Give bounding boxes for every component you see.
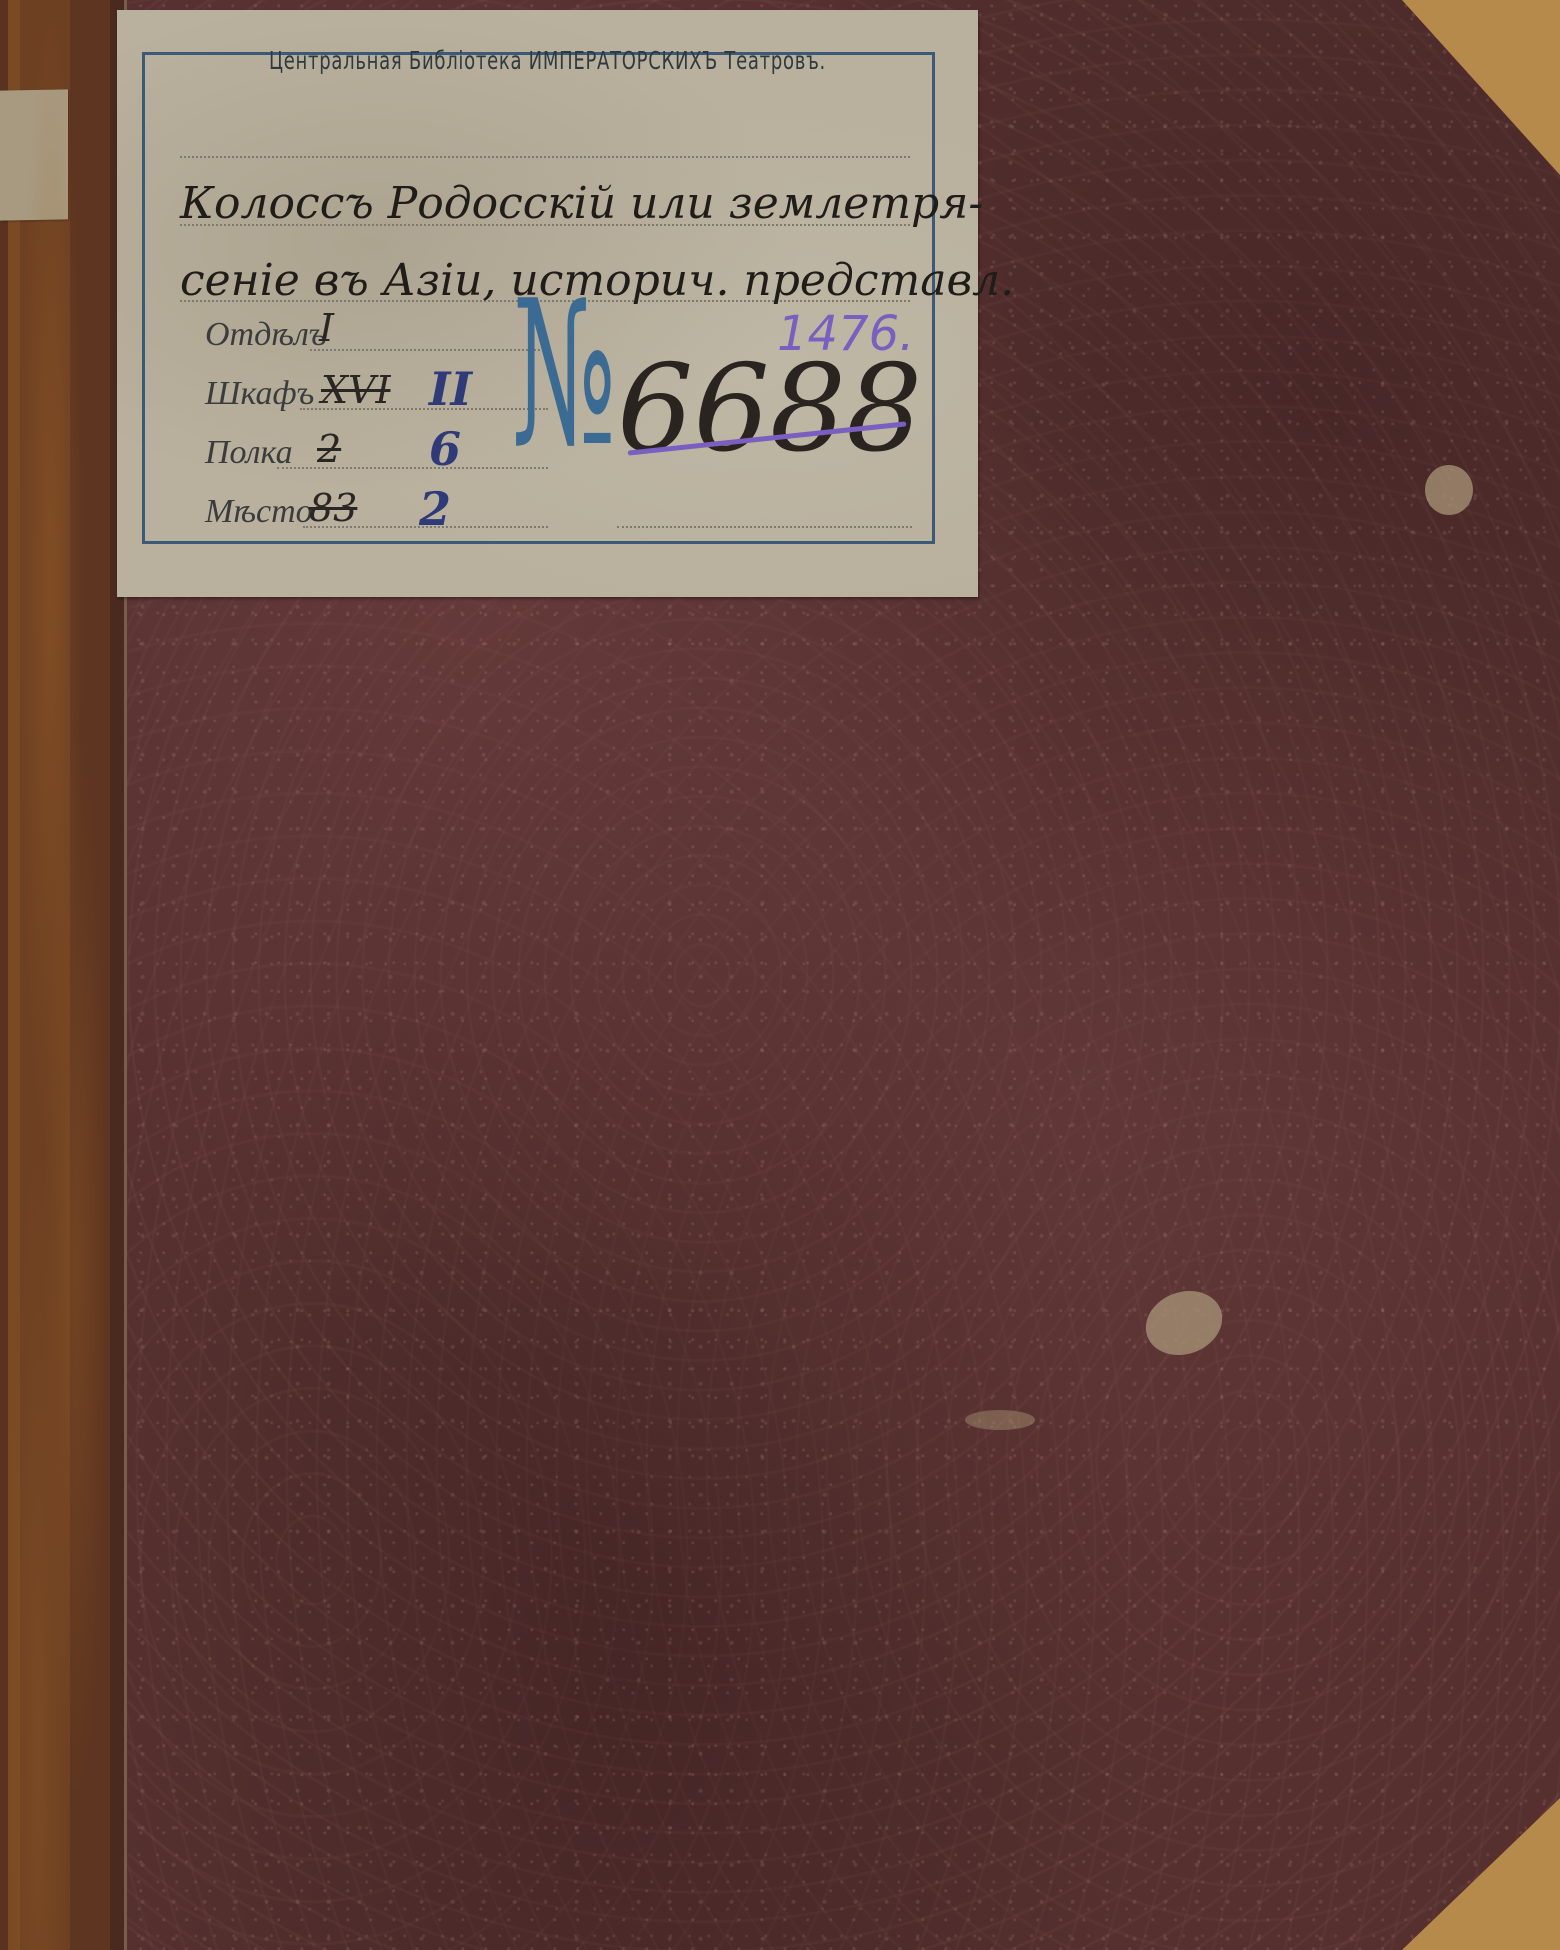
field-new-shelf: 6 bbox=[429, 422, 461, 476]
field-old-place: 83 bbox=[309, 486, 357, 530]
leather-corner-top bbox=[1402, 0, 1560, 175]
library-label: Центральная Библіотека ИМПЕРАТОРСКИХЪ Те… bbox=[117, 10, 978, 597]
field-label-place: Мѣсто bbox=[205, 493, 313, 531]
title-line-1: Колоссъ Родосскій или землетря- bbox=[180, 178, 983, 229]
field-old-shelf: 2 bbox=[317, 427, 341, 471]
number-sign: № bbox=[512, 275, 616, 475]
field-new-cabinet: II bbox=[429, 362, 472, 416]
field-old-department: I bbox=[319, 306, 334, 350]
dotted-rule bbox=[617, 526, 912, 528]
spine-paper-patch bbox=[0, 89, 68, 220]
field-new-place: 2 bbox=[419, 482, 451, 536]
field-label-cabinet: Шкафъ bbox=[205, 375, 314, 413]
field-label-department: Отдѣлъ bbox=[205, 316, 326, 354]
library-header: Центральная Библіотека ИМПЕРАТОРСКИХЪ Те… bbox=[238, 46, 858, 75]
leather-corner-bottom bbox=[1402, 1798, 1560, 1950]
field-old-cabinet: XVI bbox=[321, 368, 391, 412]
catalog-number-old: 6688 bbox=[617, 340, 922, 479]
paper-wear-spot bbox=[965, 1410, 1035, 1430]
dotted-rule bbox=[180, 156, 910, 158]
leather-spine bbox=[0, 0, 127, 1950]
field-label-shelf: Полка bbox=[205, 434, 293, 472]
paper-wear-spot bbox=[1425, 465, 1473, 515]
